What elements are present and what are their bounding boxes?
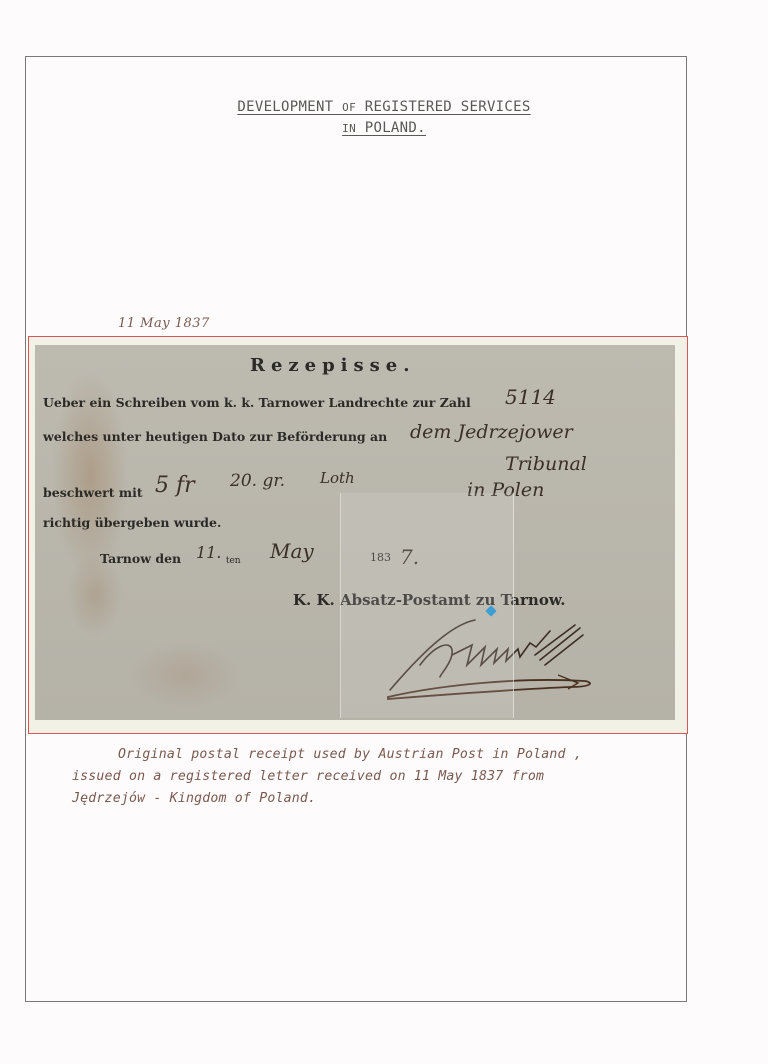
- handwritten-day: 11.: [196, 543, 221, 562]
- receipt-printed-line-3: beschwert mit: [43, 485, 143, 500]
- handwritten-weight-2: 20. gr.: [230, 471, 285, 491]
- receipt-heading: Rezepisse.: [250, 355, 416, 376]
- caption-line-1: Original postal receipt used by Austrian…: [72, 744, 672, 766]
- handwritten-weight-3: Loth: [320, 469, 355, 487]
- handwritten-destination-2: Tribunal: [505, 453, 587, 475]
- date-annotation: 11 May 1837: [118, 316, 210, 331]
- receipt-printed-line-4: richtig übergeben wurde.: [43, 515, 221, 530]
- handwritten-destination-1: dem Jedrzejower: [410, 421, 573, 443]
- receipt-printed-line-1: Ueber ein Schreiben vom k. k. Tarnower L…: [43, 395, 471, 410]
- receipt-printed-line-2: welches unter heutigen Dato zur Beförder…: [43, 429, 387, 444]
- handwritten-weight-1: 5 fr: [155, 473, 195, 498]
- handwritten-number: 5114: [505, 385, 556, 409]
- caption-line-3: Jędrzejów - Kingdom of Poland.: [72, 788, 672, 810]
- cellophane-hinge: [340, 493, 514, 718]
- page-title-line-2: IN POLAND.: [0, 120, 768, 136]
- page-title-line-1: DEVELOPMENT OF REGISTERED SERVICES: [0, 99, 768, 115]
- caption-line-2: issued on a registered letter received o…: [72, 766, 672, 788]
- postal-receipt-image: Rezepisse. Ueber ein Schreiben vom k. k.…: [35, 345, 675, 720]
- item-caption: Original postal receipt used by Austrian…: [72, 744, 672, 810]
- handwritten-month: May: [270, 539, 314, 563]
